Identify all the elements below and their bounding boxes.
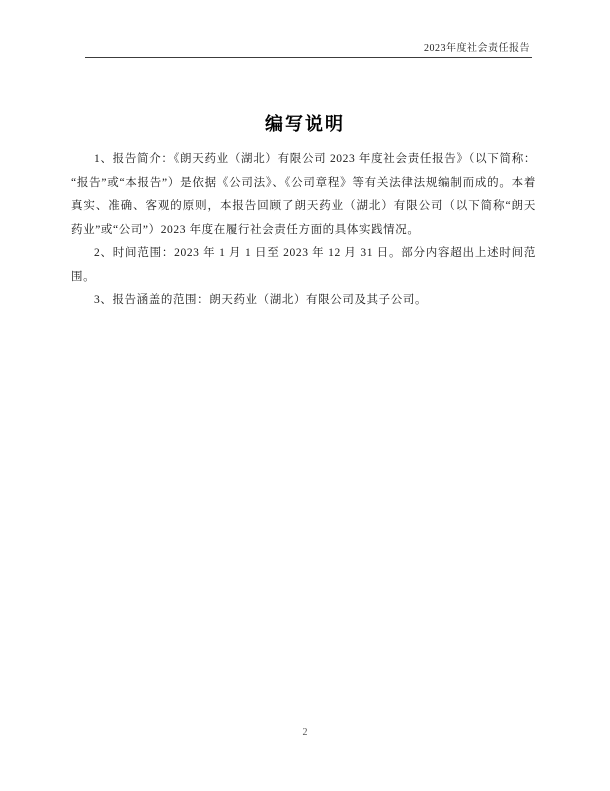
paragraph-report-scope: 3、报告涵盖的范围：朗天药业（湖北）有限公司及其子公司。 (71, 289, 536, 313)
header-divider (85, 57, 532, 58)
paragraph-time-range: 2、时间范围：2023 年 1 月 1 日至 2023 年 12 月 31 日。… (71, 242, 536, 289)
paragraph-report-intro: 1、报告简介：《朗天药业（湖北）有限公司 2023 年度社会责任报告》（以下简称… (71, 148, 536, 242)
document-body: 1、报告简介：《朗天药业（湖北）有限公司 2023 年度社会责任报告》（以下简称… (71, 148, 536, 313)
document-page: 2023年度社会责任报告 编写说明 1、报告简介：《朗天药业（湖北）有限公司 2… (0, 0, 610, 791)
section-title: 编写说明 (0, 110, 610, 136)
page-number: 2 (0, 727, 610, 738)
header-title: 2023年度社会责任报告 (424, 42, 530, 55)
